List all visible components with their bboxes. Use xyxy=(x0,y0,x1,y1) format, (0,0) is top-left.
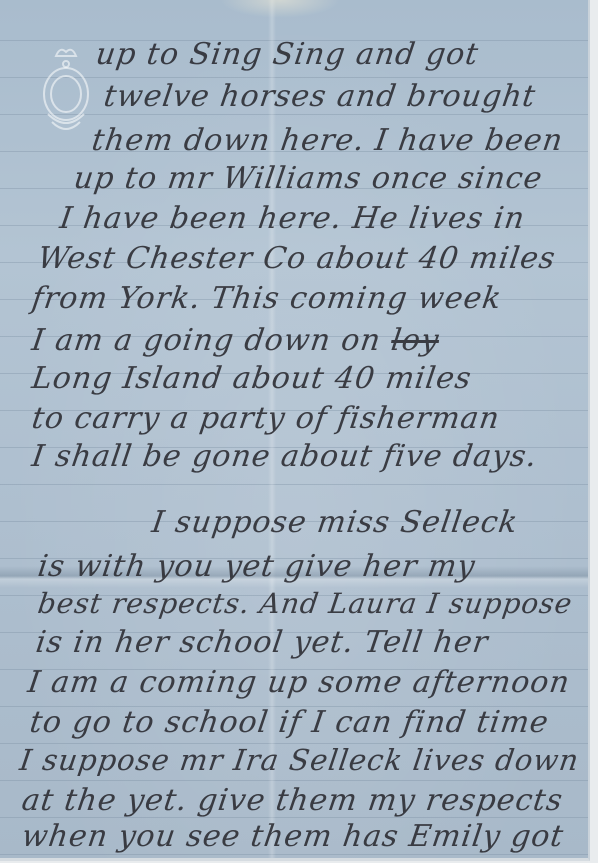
letter-line: I suppose miss Selleck xyxy=(150,508,520,538)
letter-line: at the yet. give them my respects xyxy=(20,786,565,816)
struck-word: loy xyxy=(389,323,442,358)
letter-page: up to Sing Sing and got twelve horses an… xyxy=(0,0,590,861)
letter-line: I suppose mr Ira Selleck lives down xyxy=(18,746,581,775)
letter-line: when you see them has Emily got xyxy=(20,822,566,852)
letter-line: from York. This coming week xyxy=(30,284,504,314)
letter-line: I am a going down on loy xyxy=(30,326,441,356)
letter-text: I am a going down on xyxy=(30,323,384,358)
letter-line: twelve horses and brought xyxy=(102,82,538,112)
letter-line: West Chester Co about 40 miles xyxy=(36,244,558,274)
letter-line: I have been here. He lives in xyxy=(58,204,527,234)
letter-line: up to mr Williams once since xyxy=(72,164,545,194)
letter-line: Long Island about 40 miles xyxy=(30,364,474,394)
letter-line: them down here. I have been xyxy=(90,126,565,156)
letter-line: I am a coming up some afternoon xyxy=(26,668,572,698)
letter-line: is in her school yet. Tell her xyxy=(34,628,490,658)
letter-line: to carry a party of fisherman xyxy=(30,404,502,434)
letter-line: is with you yet give her my xyxy=(36,552,477,582)
letter-line: to go to school if I can find time xyxy=(28,708,551,738)
embossed-crest-icon xyxy=(38,42,94,142)
letter-line: best respects. And Laura I suppose xyxy=(36,590,574,618)
stain xyxy=(220,0,340,18)
letter-line: I shall be gone about five days. xyxy=(30,442,539,472)
letter-line: up to Sing Sing and got xyxy=(94,40,481,70)
